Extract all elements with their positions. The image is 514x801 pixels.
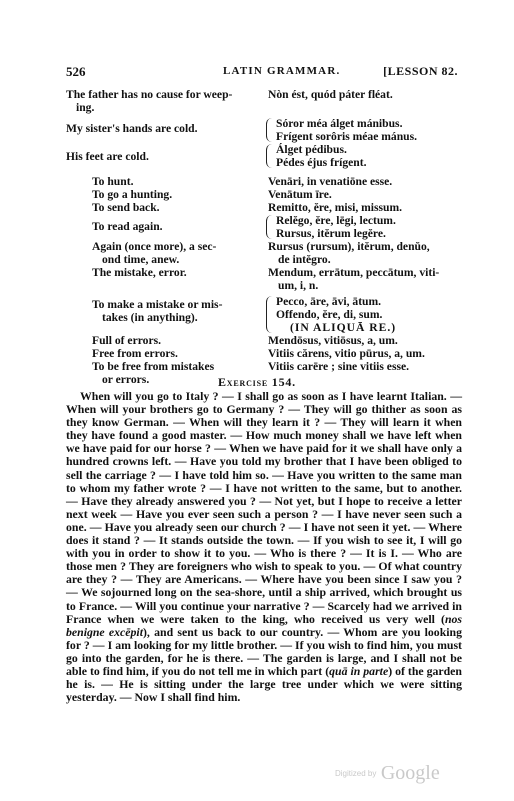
exercise-title: Exercise 154. <box>0 375 514 390</box>
english-phrase: To read again. <box>66 214 268 240</box>
vocab-entry: Again (once more), a sec-ond time, anew.… <box>66 240 462 266</box>
latin-phrase: Rursus, itĕrum legĕre. <box>276 227 462 240</box>
vocab-entry: The father has no cause for weep-ing. Nò… <box>66 88 462 114</box>
latin-phrase: Vitiis cărens, vitio pūrus, a, um. <box>268 347 462 360</box>
watermark-prefix: Digitized by <box>335 769 376 778</box>
page-number: 526 <box>66 64 86 80</box>
latin-note: (IN ALIQUĀ RE.) <box>276 321 462 334</box>
running-title: LATIN GRAMMAR. <box>223 65 340 77</box>
latin-phrase: Relĕgo, ĕre, lēgi, lectum. <box>276 214 462 227</box>
vocab-entry: Free from errors. Vitiis cărens, vitio p… <box>66 347 462 360</box>
vocab-entry: To make a mistake or mis-takes (in anyth… <box>66 295 462 334</box>
vocab-entry: Full of errors. Mendōsus, vitiōsus, a, u… <box>66 334 462 347</box>
english-phrase: To make a mistake or mis- <box>92 298 222 311</box>
english-phrase: To be free from mistakes <box>92 360 214 373</box>
exercise-text: When will you go to Italy ? — I shall go… <box>66 389 462 626</box>
vocab-entry: His feet are cold. Álget pédibus. Pédes … <box>66 143 462 169</box>
vocab-entry: To go a hunting. Venātum īre. <box>66 188 462 201</box>
brace-icon <box>266 296 274 333</box>
latin-phrase: Mendum, errātum, peccātum, viti- <box>268 266 439 279</box>
latin-phrase: Venāri, in venatiōne esse. <box>268 175 462 188</box>
latin-phrase: Frígent sorôris méae mánus. <box>276 130 462 143</box>
exercise-body: When will you go to Italy ? — I shall go… <box>66 390 462 704</box>
latin-phrase: Remitto, ĕre, misi, missum. <box>268 201 462 214</box>
latin-phrase: Álget pédibus. <box>276 143 462 156</box>
latin-phrase: Nòn ést, quód páter fléat. <box>268 88 393 101</box>
english-phrase: Full of errors. <box>66 334 268 347</box>
vocab-entry: To read again. Relĕgo, ĕre, lēgi, lectum… <box>66 214 462 240</box>
english-phrase: To send back. <box>66 201 268 214</box>
english-phrase: Again (once more), a sec- <box>92 240 216 253</box>
english-phrase: Free from errors. <box>66 347 268 360</box>
vocabulary-list: The father has no cause for weep-ing. Nò… <box>66 88 462 386</box>
exercise-paragraph: When will you go to Italy ? — I shall go… <box>66 390 462 704</box>
english-phrase-cont: ing. <box>66 101 268 114</box>
english-phrase-cont: ond time, anew. <box>92 253 268 266</box>
latin-phrase: Pecco, āre, āvi, ātum. <box>276 295 462 308</box>
google-watermark: Digitized by Google <box>335 762 440 785</box>
vocab-entry: My sister's hands are cold. Sóror méa ál… <box>66 117 462 143</box>
english-phrase: His feet are cold. <box>66 143 268 169</box>
brace-icon <box>266 118 274 142</box>
vocab-entry: The mistake, error. Mendum, errātum, pec… <box>66 266 462 292</box>
running-head: 526 LATIN GRAMMAR. [LESSON 82. <box>66 64 458 80</box>
latin-gloss: quā in parte <box>329 664 388 678</box>
brace-icon <box>266 144 274 168</box>
latin-phrase: Sóror méa álget mánibus. <box>276 117 462 130</box>
latin-phrase: Mendōsus, vitiōsus, a, um. <box>268 334 462 347</box>
english-phrase: The mistake, error. <box>66 266 268 292</box>
latin-phrase: Venātum īre. <box>268 188 462 201</box>
latin-phrase: Rursus (rursum), itĕrum, denŭo, <box>268 240 430 253</box>
english-phrase: To hunt. <box>66 175 268 188</box>
latin-phrase: Offendo, ĕre, di, sum. <box>276 308 462 321</box>
latin-phrase-cont: um, i, n. <box>268 279 462 292</box>
vocab-entry: To send back. Remitto, ĕre, misi, missum… <box>66 201 462 214</box>
vocab-entry: To hunt. Venāri, in venatiōne esse. <box>66 175 462 188</box>
english-phrase-cont: takes (in anything). <box>92 311 268 324</box>
latin-phrase: Pédes éjus frígent. <box>276 156 462 169</box>
english-phrase: My sister's hands are cold. <box>66 117 268 143</box>
google-logo: Google <box>381 762 440 784</box>
book-page: 526 LATIN GRAMMAR. [LESSON 82. The fathe… <box>0 0 514 801</box>
english-phrase: To go a hunting. <box>66 188 268 201</box>
latin-phrase-cont: de intĕgro. <box>268 253 462 266</box>
brace-icon <box>266 215 274 239</box>
lesson-label: [LESSON 82. <box>383 64 458 79</box>
english-phrase: The father has no cause for weep- <box>66 88 232 101</box>
